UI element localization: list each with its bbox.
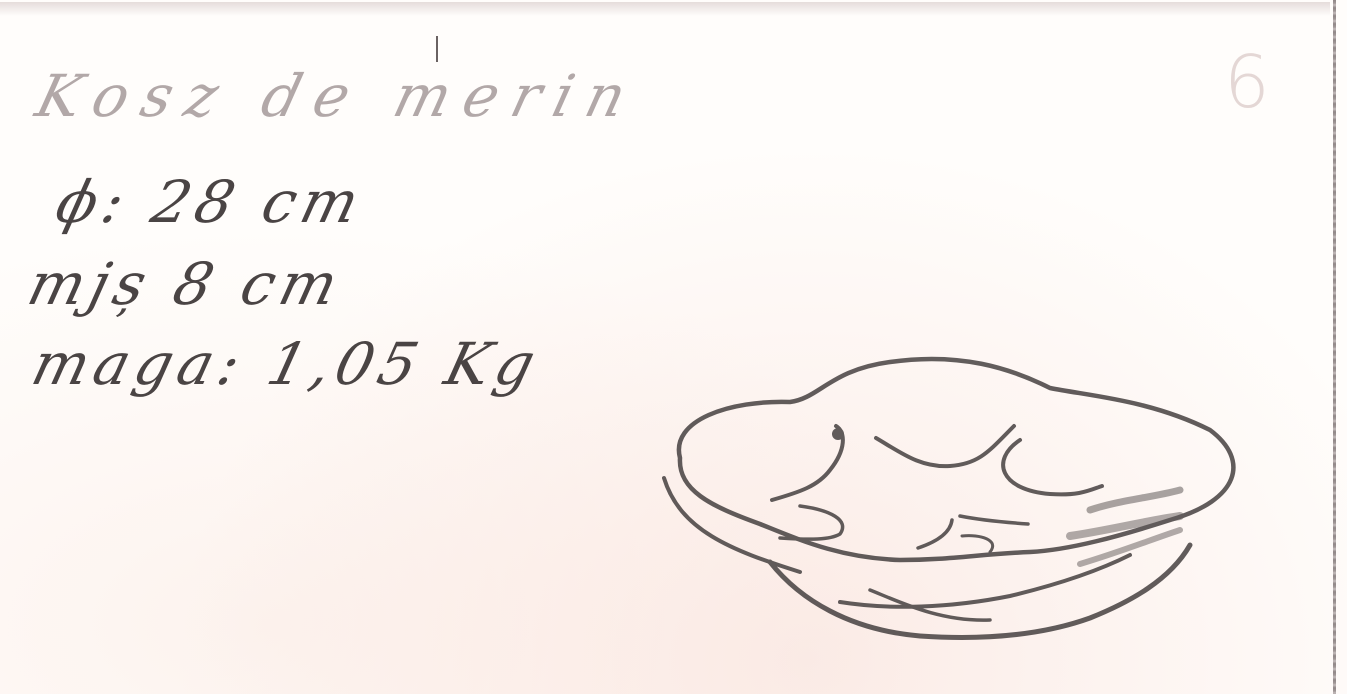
- dish-sketch-icon: [650, 340, 1270, 660]
- card-right-edge: [1333, 0, 1336, 694]
- pencil-tick-mark: [436, 36, 438, 62]
- card-top-edge: [0, 2, 1330, 16]
- page-number: 6: [1224, 40, 1270, 124]
- diameter-note: ϕ: 28 cm: [50, 168, 372, 236]
- height-note: mjș 8 cm: [22, 250, 351, 318]
- object-title: Kosz de merin: [30, 62, 647, 130]
- mass-note: maga: 1,05 Kg: [26, 330, 548, 398]
- archival-card: Kosz de merin ϕ: 28 cm mjș 8 cm maga: 1,…: [0, 0, 1347, 694]
